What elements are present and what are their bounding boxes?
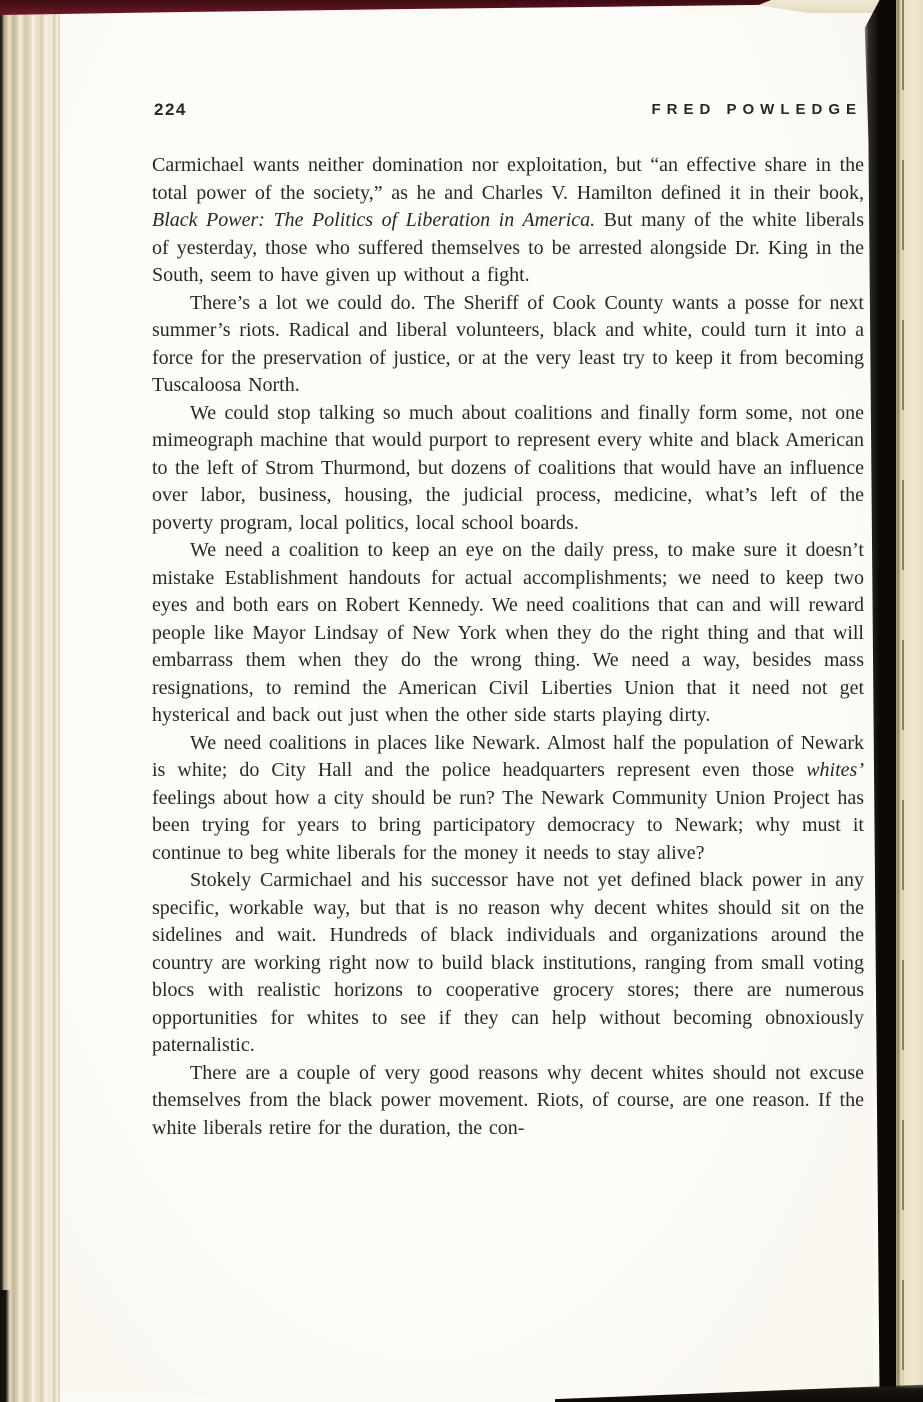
text-run: There’s a lot we could do. The Sheriff o… [152,292,864,397]
paragraph: We need a coalition to keep an eye on th… [152,537,864,730]
text-run: We could stop talking so much about coal… [152,402,864,534]
paragraph: There’s a lot we could do. The Sheriff o… [152,290,864,400]
paragraph: We could stop talking so much about coal… [152,400,864,538]
bottom-left-shadow [0,1290,10,1402]
text-run: Stokely Carmichael and his successor hav… [152,869,864,1056]
running-head-row: 224 FRED POWLEDGE [152,100,862,122]
scanned-book-page: 224 FRED POWLEDGE Carmichael wants neith… [0,0,923,1402]
paragraph: Carmichael wants neither domination nor … [152,152,864,290]
text-run: We need coalitions in places like Newark… [152,732,864,782]
italic-text-run: Black Power: The Politics of Liberation … [152,209,595,231]
body-text: Carmichael wants neither domination nor … [152,152,864,1142]
paragraph: Stokely Carmichael and his successor hav… [152,867,864,1060]
text-run: feelings about how a city should be run?… [152,787,864,864]
italic-text-run: whites’ [806,759,864,781]
text-run: Carmichael wants neither domination nor … [152,154,864,204]
paragraph: We need coalitions in places like Newark… [152,730,864,868]
text-run: We need a coalition to keep an eye on th… [152,539,864,726]
page-number: 224 [154,100,187,120]
paragraph: There are a couple of very good reasons … [152,1060,864,1143]
facing-page-edge [896,0,923,1402]
text-run: There are a couple of very good reasons … [152,1062,864,1139]
running-header-author: FRED POWLEDGE [651,101,862,118]
left-page-edges [0,0,60,1402]
